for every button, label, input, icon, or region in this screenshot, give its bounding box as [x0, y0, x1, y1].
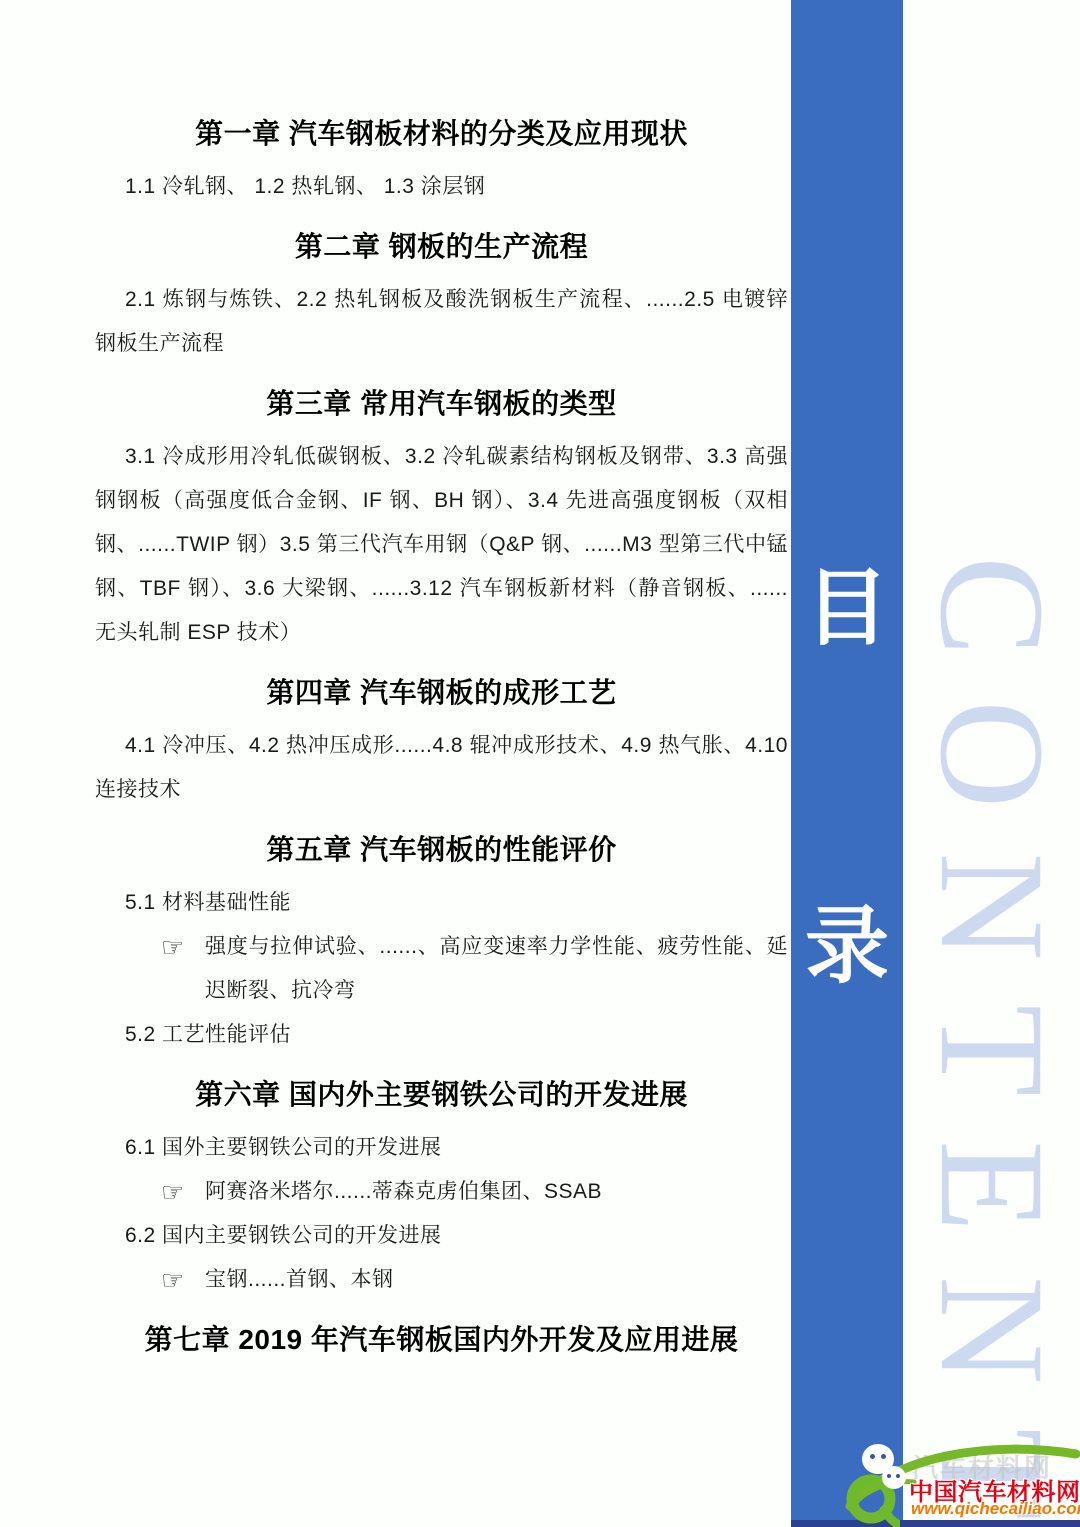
pointer-item: ☞阿赛洛米塔尔......蒂森克虏伯集团、SSAB: [95, 1170, 788, 1214]
section-item: 6.1 国外主要钢铁公司的开发进展: [95, 1126, 788, 1170]
pointer-item: ☞宝钢......首钢、本钢: [95, 1258, 788, 1302]
wechat-bubble-small: [882, 1466, 906, 1489]
pointer-item: ☞强度与拉伸试验、......、高应变速率力学性能、疲劳性能、延迟断裂、抗冷弯: [95, 925, 788, 1013]
pointing-hand-icon: ☞: [161, 1170, 185, 1214]
chapter-title: 第一章 汽车钢板材料的分类及应用现状: [95, 112, 788, 156]
section-item: 6.2 国内主要钢铁公司的开发进展: [95, 1214, 788, 1258]
pointer-text: 强度与拉伸试验、......、高应变速率力学性能、疲劳性能、延迟断裂、抗冷弯: [205, 935, 788, 1002]
section-paragraph: 2.1 炼钢与炼铁、2.2 热轧钢板及酸洗钢板生产流程、......2.5 电镀…: [95, 278, 788, 366]
chapter-title: 第六章 国内外主要钢铁公司的开发进展: [95, 1073, 788, 1117]
content-watermark: CONTENT: [903, 556, 1080, 1525]
pointing-hand-icon: ☞: [161, 925, 185, 969]
section-paragraph: 4.1 冷冲压、4.2 热冲压成形......4.8 辊冲成形技术、4.9 热气…: [95, 724, 788, 812]
toc-sidebar-bar: 目 录: [791, 0, 903, 1520]
site-url[interactable]: www.qichecailiao.com: [911, 1499, 1080, 1519]
sidebar-label-bottom: 录: [791, 904, 903, 988]
toc-content: 第一章 汽车钢板材料的分类及应用现状1.1 冷轧钢、 1.2 热轧钢、 1.3 …: [95, 0, 788, 1371]
chapter-title: 第三章 常用汽车钢板的类型: [95, 382, 788, 426]
pointing-hand-icon: ☞: [161, 1258, 185, 1302]
section-paragraph: 3.1 冷成形用冷轧低碳钢板、3.2 冷轧碳素结构钢板及钢带、3.3 高强钢钢板…: [95, 435, 788, 655]
chapter-title: 第七章 2019 年汽车钢板国内外开发及应用进展: [95, 1318, 788, 1362]
site-logo: 汽车材料网 中国汽车材料网 www.qichecailiao.com: [840, 1432, 1080, 1527]
pointer-text: 阿赛洛米塔尔......蒂森克虏伯集团、SSAB: [205, 1180, 602, 1203]
section-item: 5.1 材料基础性能: [95, 881, 788, 925]
chapter-title: 第二章 钢板的生产流程: [95, 225, 788, 269]
wechat-icon: [862, 1444, 910, 1496]
section-item: 5.2 工艺性能评估: [95, 1013, 788, 1057]
chapter-title: 第五章 汽车钢板的性能评价: [95, 828, 788, 872]
pointer-text: 宝钢......首钢、本钢: [205, 1268, 394, 1291]
chapter-title: 第四章 汽车钢板的成形工艺: [95, 671, 788, 715]
section-paragraph: 1.1 冷轧钢、 1.2 热轧钢、 1.3 涂层钢: [95, 165, 788, 209]
sidebar-label-top: 目: [791, 566, 903, 650]
